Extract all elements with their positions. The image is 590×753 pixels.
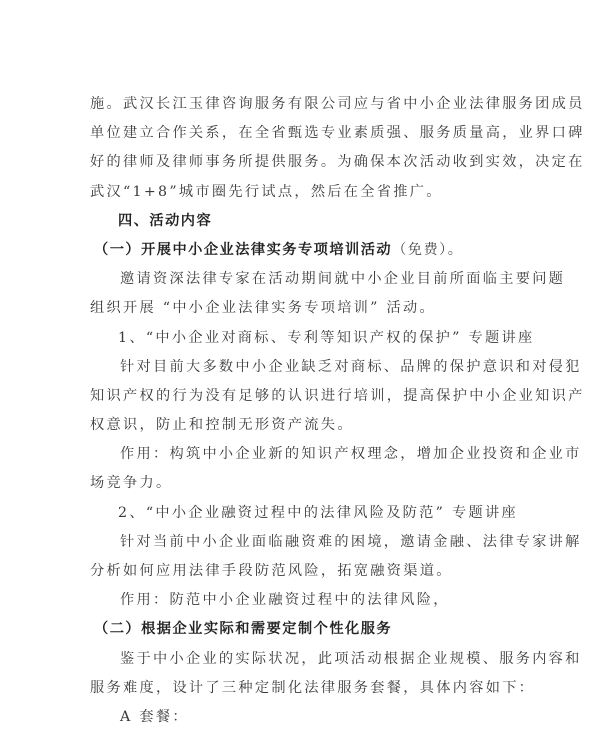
paragraph-line: 鉴于中小企业的实际状况，此项活动根据企业规模、服务内容和 <box>90 645 502 674</box>
intro-line: 武汉“1+8”城市圈先行试点，然后在全省推广。 <box>90 178 502 207</box>
paragraph-line: 服务难度，设计了三种定制化法律服务套餐，具体内容如下： <box>90 674 502 703</box>
paragraph-line: 针对当前中小企业面临融资难的困境，邀请金融、法律专家讲解 <box>90 528 502 557</box>
subsection-heading-1: （一）开展中小企业法律实务专项培训活动（免费）。 <box>90 236 502 265</box>
paragraph-line: 知识产权的行为没有足够的认识进行培训，提高保护中小企业知识产 <box>90 382 502 411</box>
subsection-heading-1-note: （免费）。 <box>392 242 463 258</box>
intro-line: 单位建立合作关系，在全省甄选专业素质强、服务质量高，业界口碑 <box>90 119 502 148</box>
paragraph-line: 权意识，防止和控制无形资产流失。 <box>90 411 502 440</box>
paragraph-line: 针对目前大多数中小企业缺乏对商标、品牌的保护意识和对侵犯 <box>90 353 502 382</box>
item-title: 1、“中小企业对商标、专利等知识产权的保护” 专题讲座 <box>90 324 502 353</box>
intro-line: 好的律师及律师事务所提供服务。为确保本次活动收到实效，决定在 <box>90 148 502 177</box>
paragraph-line: 邀请资深法律专家在活动期间就中小企业目前所面临主要问题 <box>90 265 502 294</box>
subsection-heading-2: （二）根据企业实际和需要定制个性化服务 <box>90 615 502 644</box>
paragraph-line: 场竞争力。 <box>90 469 502 498</box>
intro-line: 施。武汉长江玉律咨询服务有限公司应与省中小企业法律服务团成员 <box>90 90 502 119</box>
paragraph-line: 作用：构筑中小企业新的知识产权理念，增加企业投资和企业市 <box>90 440 502 469</box>
package-label: A 套餐： <box>90 703 502 732</box>
paragraph-line: 分析如何应用法律手段防范风险，拓宽融资渠道。 <box>90 557 502 586</box>
paragraph-line: 组织开展 “中小企业法律实务专项培训” 活动。 <box>90 294 502 323</box>
item-title: 2、“中小企业融资过程中的法律风险及防范” 专题讲座 <box>90 499 502 528</box>
paragraph-line: 作用：防范中小企业融资过程中的法律风险， <box>90 586 502 615</box>
subsection-heading-1-text: （一）开展中小企业法律实务专项培训活动 <box>94 242 392 258</box>
document-page: 施。武汉长江玉律咨询服务有限公司应与省中小企业法律服务团成员 单位建立合作关系，… <box>90 90 502 732</box>
section-heading: 四、活动内容 <box>90 207 502 236</box>
